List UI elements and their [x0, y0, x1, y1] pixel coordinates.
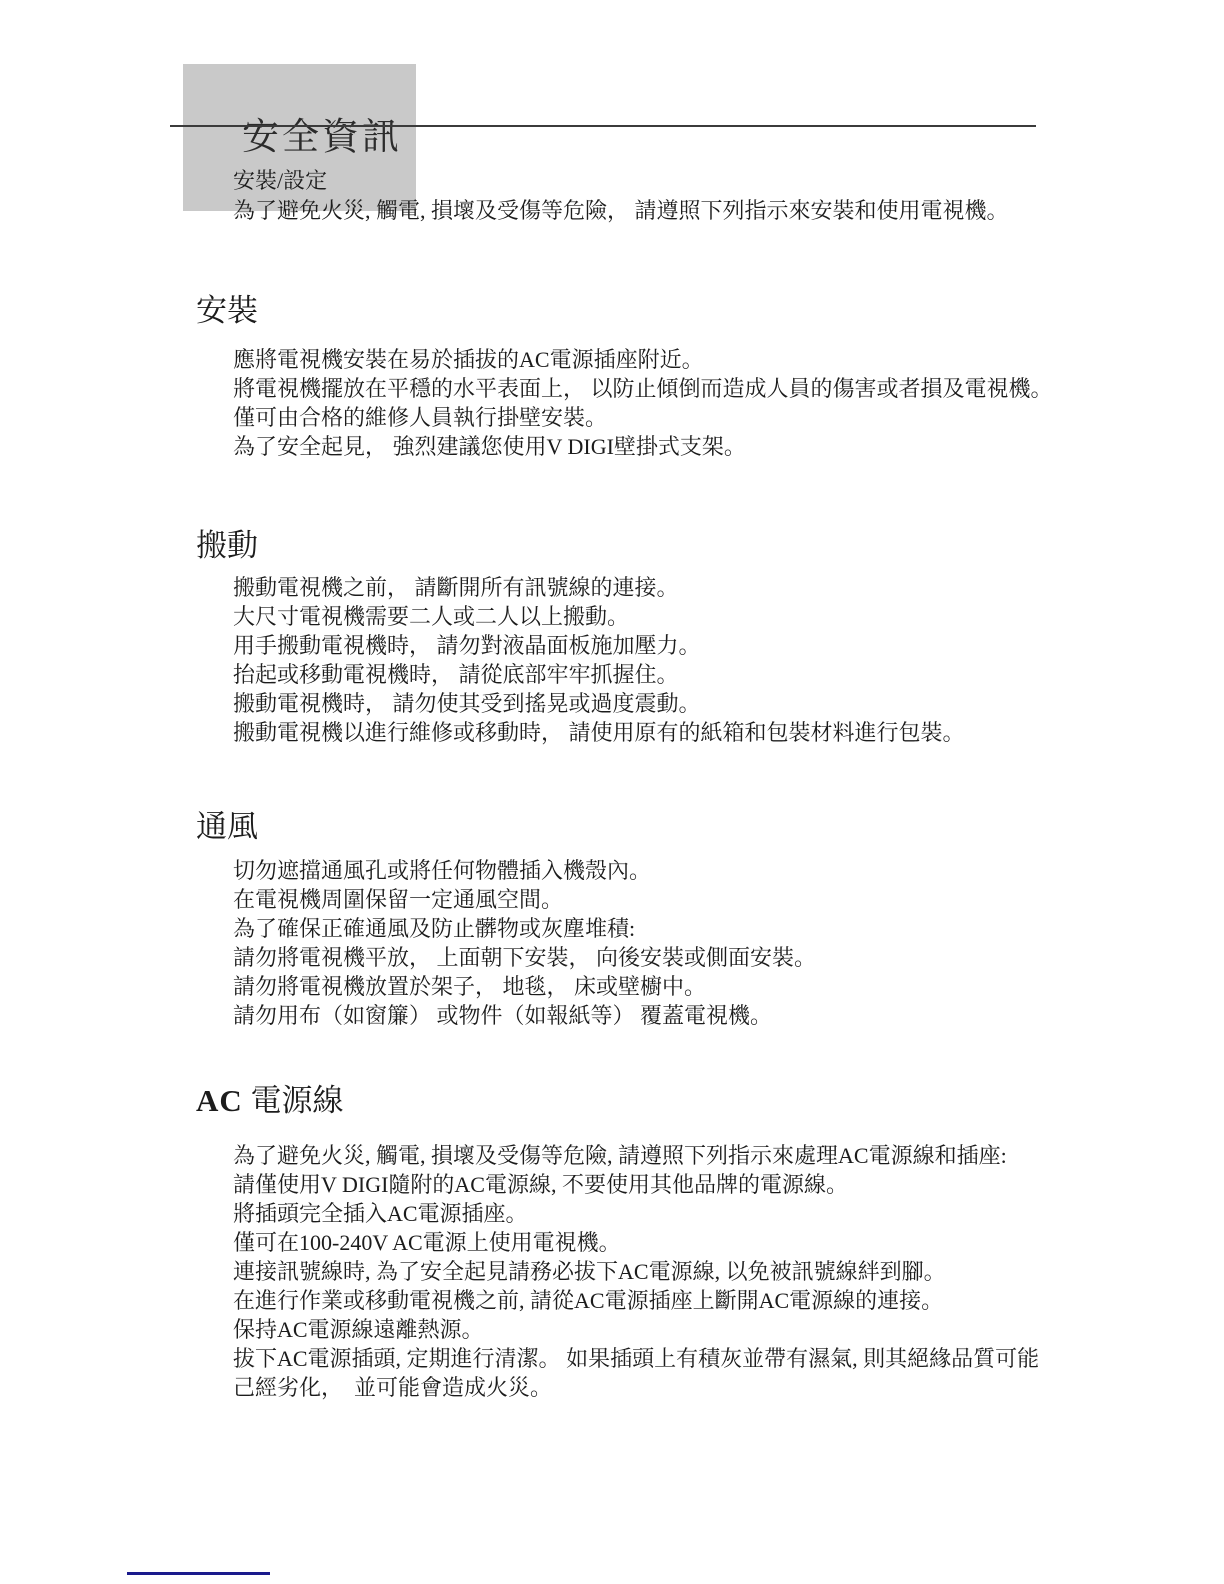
body-line: 僅可由合格的維修人員執行掛壁安裝。 — [233, 403, 1053, 432]
body-line: 將插頭完全插入AC電源插座。 — [233, 1199, 1039, 1228]
body-line: 用手搬動電視機時， 請勿對液晶面板施加壓力。 — [233, 631, 965, 660]
intro-block: 安裝/設定 為了避免火災, 觸電, 損壞及受傷等危險， 請遵照下列指示來安裝和使… — [233, 166, 1009, 226]
footer-accent-line — [127, 1572, 270, 1575]
body-line: 在電視機周圍保留一定通風空間。 — [233, 885, 816, 914]
body-line: 請僅使用V DIGI隨附的AC電源線, 不要使用其他品牌的電源線。 — [233, 1170, 1039, 1199]
body-line: 己經劣化， 並可能會造成火災。 — [233, 1373, 1039, 1402]
section-heading-ac-suffix: 電源線 — [243, 1083, 344, 1118]
body-line: 抬起或移動電視機時， 請從底部牢牢抓握住。 — [233, 660, 965, 689]
body-line: 請勿將電視機放置於架子， 地毯， 床或壁櫥中。 — [233, 972, 816, 1001]
intro-text: 為了避免火災, 觸電, 損壞及受傷等危險， 請遵照下列指示來安裝和使用電視機。 — [233, 196, 1009, 226]
body-line: 將電視機擺放在平穩的水平表面上， 以防止傾倒而造成人員的傷害或者損及電視機。 — [233, 374, 1053, 403]
body-line: 搬動電視機時， 請勿使其受到搖晃或過度震動。 — [233, 689, 965, 718]
section-body-ventilation: 切勿遮擋通風孔或將任何物體插入機殼內。 在電視機周圍保留一定通風空間。 為了確保… — [233, 856, 816, 1030]
body-line: 搬動電視機以進行維修或移動時， 請使用原有的紙箱和包裝材料進行包裝。 — [233, 718, 965, 747]
section-heading-ventilation: 通風 — [196, 808, 258, 846]
body-line: 應將電視機安裝在易於插拔的AC電源插座附近。 — [233, 345, 1053, 374]
body-line: 僅可在100-240V AC電源上使用電視機。 — [233, 1228, 1039, 1257]
body-line: 為了避免火災, 觸電, 損壞及受傷等危險, 請遵照下列指示來處理AC電源線和插座… — [233, 1141, 1039, 1170]
body-line: 搬動電視機之前， 請斷開所有訊號線的連接。 — [233, 573, 965, 602]
section-body-ac-power-cord: 為了避免火災, 觸電, 損壞及受傷等危險, 請遵照下列指示來處理AC電源線和插座… — [233, 1141, 1039, 1402]
body-line: 請勿用布（如窗簾） 或物件（如報紙等） 覆蓋電視機。 — [233, 1001, 816, 1030]
section-heading-ac-power-cord: AC 電源線 — [196, 1082, 344, 1120]
header-rule — [170, 125, 1036, 127]
page-title: 安全資訊 — [242, 117, 402, 158]
body-line: 連接訊號線時, 為了安全起見請務必拔下AC電源線, 以免被訊號線絆到腳。 — [233, 1257, 1039, 1286]
body-line: 為了確保正確通風及防止髒物或灰塵堆積: — [233, 914, 816, 943]
body-line: 為了安全起見， 強烈建議您使用V DIGI壁掛式支架。 — [233, 432, 1053, 461]
section-heading-ac-prefix: AC — [196, 1083, 243, 1118]
body-line: 大尺寸電視機需要二人或二人以上搬動。 — [233, 602, 965, 631]
section-body-moving: 搬動電視機之前， 請斷開所有訊號線的連接。 大尺寸電視機需要二人或二人以上搬動。… — [233, 573, 965, 747]
document-page: 安全資訊 安裝/設定 為了避免火災, 觸電, 損壞及受傷等危險， 請遵照下列指示… — [0, 0, 1224, 1584]
intro-heading: 安裝/設定 — [233, 166, 1009, 196]
section-heading-moving: 搬動 — [196, 527, 258, 565]
section-heading-installation: 安裝 — [196, 292, 258, 330]
section-body-installation: 應將電視機安裝在易於插拔的AC電源插座附近。 將電視機擺放在平穩的水平表面上， … — [233, 345, 1053, 461]
body-line: 切勿遮擋通風孔或將任何物體插入機殼內。 — [233, 856, 816, 885]
body-line: 請勿將電視機平放， 上面朝下安裝， 向後安裝或側面安裝。 — [233, 943, 816, 972]
body-line: 在進行作業或移動電視機之前, 請從AC電源插座上斷開AC電源線的連接。 — [233, 1286, 1039, 1315]
body-line: 保持AC電源線遠離熱源。 — [233, 1315, 1039, 1344]
body-line: 拔下AC電源插頭, 定期進行清潔。 如果插頭上有積灰並帶有濕氣, 則其絕緣品質可… — [233, 1344, 1039, 1373]
